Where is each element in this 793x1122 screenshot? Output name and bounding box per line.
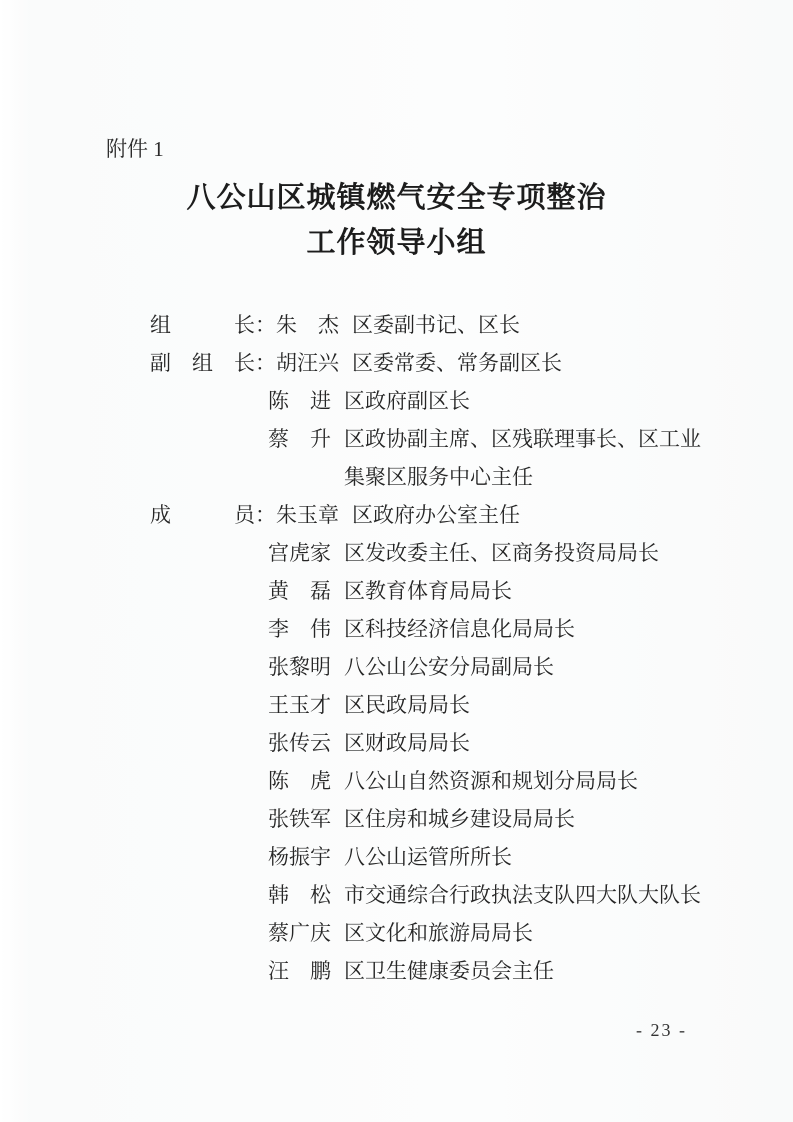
member-name: 汪 鹏: [268, 952, 344, 990]
roster-row-label: 副 组 长：: [150, 344, 276, 382]
roster-row: 组 长： 朱 杰 区委副书记、区长: [150, 306, 725, 344]
roster-row: 黄 磊 区教育体育局局长: [150, 572, 725, 610]
member-name: 王玉才: [268, 686, 344, 724]
roster-row-label: 组 长：: [150, 306, 276, 344]
member-role: 区住房和城乡建设局局长: [344, 800, 716, 838]
member-role: 区卫生健康委员会主任: [344, 952, 716, 990]
member-name: 蔡广庆: [268, 914, 344, 952]
member-role: 区民政局局长: [344, 686, 716, 724]
member-name: 韩 松: [268, 876, 344, 914]
roster-row: 宫虎家 区发改委主任、区商务投资局局长: [150, 534, 725, 572]
member-name: 黄 磊: [268, 572, 344, 610]
roster-row: 蔡 升 区政协副主席、区残联理事长、区工业集聚区服务中心主任: [150, 420, 725, 496]
page-number: - 23 -: [636, 1020, 687, 1041]
member-name: 陈 虎: [268, 762, 344, 800]
member-role: 区发改委主任、区商务投资局局长: [344, 534, 716, 572]
attachment-label: 附件 1: [106, 136, 164, 162]
roster-row: 王玉才 区民政局局长: [150, 686, 725, 724]
member-name: 杨振宇: [268, 838, 344, 876]
roster-row: 陈 进 区政府副区长: [150, 382, 725, 420]
roster-row: 韩 松 市交通综合行政执法支队四大队大队长: [150, 876, 725, 914]
roster-row: 蔡广庆 区文化和旅游局局长: [150, 914, 725, 952]
member-name: 朱玉章: [276, 496, 352, 534]
roster-row: 陈 虎 八公山自然资源和规划分局局长: [150, 762, 725, 800]
roster-row: 张传云 区财政局局长: [150, 724, 725, 762]
roster-row: 汪 鹏 区卫生健康委员会主任: [150, 952, 725, 990]
member-role: 区委副书记、区长: [352, 306, 724, 344]
member-name: 宫虎家: [268, 534, 344, 572]
leading-group-roster: 组 长： 朱 杰 区委副书记、区长 副 组 长： 胡汪兴 区委常委、常务副区长 …: [150, 306, 725, 990]
document-title-line1: 八公山区城镇燃气安全专项整治: [0, 176, 793, 221]
member-name: 朱 杰: [276, 306, 352, 344]
roster-row: 张黎明 八公山公安分局副局长: [150, 648, 725, 686]
roster-row-label: 成 员：: [150, 496, 276, 534]
member-role: 区教育体育局局长: [344, 572, 716, 610]
roster-row: 杨振宇 八公山运管所所长: [150, 838, 725, 876]
document-title: 八公山区城镇燃气安全专项整治 工作领导小组: [0, 176, 793, 266]
member-role: 市交通综合行政执法支队四大队大队长: [344, 876, 716, 914]
member-role: 区财政局局长: [344, 724, 716, 762]
member-name: 蔡 升: [268, 420, 344, 458]
member-name: 李 伟: [268, 610, 344, 648]
roster-row: 副 组 长： 胡汪兴 区委常委、常务副区长: [150, 344, 725, 382]
roster-row: 张铁军 区住房和城乡建设局局长: [150, 800, 725, 838]
member-name: 张传云: [268, 724, 344, 762]
member-role: 区政府副区长: [344, 382, 716, 420]
member-name: 张铁军: [268, 800, 344, 838]
member-name: 陈 进: [268, 382, 344, 420]
member-role: 八公山运管所所长: [344, 838, 716, 876]
roster-row: 李 伟 区科技经济信息化局局长: [150, 610, 725, 648]
member-role: 八公山公安分局副局长: [344, 648, 716, 686]
member-role: 八公山自然资源和规划分局局长: [344, 762, 716, 800]
member-role: 区委常委、常务副区长: [352, 344, 724, 382]
member-role: 区文化和旅游局局长: [344, 914, 716, 952]
member-name: 张黎明: [268, 648, 344, 686]
document-page: 附件 1 八公山区城镇燃气安全专项整治 工作领导小组 组 长： 朱 杰 区委副书…: [0, 0, 793, 1122]
roster-row: 成 员： 朱玉章 区政府办公室主任: [150, 496, 725, 534]
member-name: 胡汪兴: [276, 344, 352, 382]
member-role: 区政府办公室主任: [352, 496, 724, 534]
member-role: 区政协副主席、区残联理事长、区工业集聚区服务中心主任: [344, 420, 716, 496]
member-role: 区科技经济信息化局局长: [344, 610, 716, 648]
document-title-line2: 工作领导小组: [0, 221, 793, 266]
